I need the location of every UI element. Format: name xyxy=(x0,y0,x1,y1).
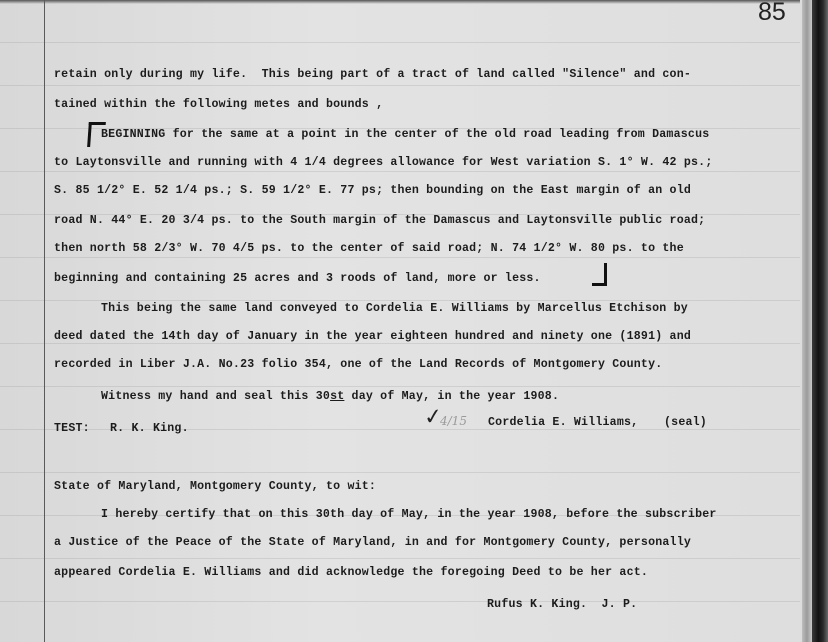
venue-line: State of Maryland, Montgomery County, to… xyxy=(54,480,376,493)
deed-text-line: tained within the following metes and bo… xyxy=(54,98,383,111)
acknowledgment-line: I hereby certify that on this 30th day o… xyxy=(101,508,717,521)
description-line: S. 85 1/2° E. 52 1/4 ps.; S. 59 1/2° E. … xyxy=(54,184,691,197)
witness-day: 30 xyxy=(316,390,330,403)
test-label: TEST: xyxy=(54,422,90,435)
witness-day-suffix: st xyxy=(330,390,344,403)
witness-rest: day of May, in the year 1908. xyxy=(344,390,559,403)
conveyance-line: recorded in Liber J.A. No.23 folio 354, … xyxy=(54,358,662,371)
description-line: beginning and containing 25 acres and 3 … xyxy=(54,272,541,285)
deed-text-line: retain only during my life. This being p… xyxy=(54,68,691,81)
witness-prefix: Witness my hand and seal this xyxy=(101,390,316,403)
conveyance-line: deed dated the 14th day of January in th… xyxy=(54,330,691,343)
book-spine-shadow xyxy=(812,0,828,642)
witness-line: Witness my hand and seal this 30st day o… xyxy=(101,390,559,403)
acknowledgment-line: a Justice of the Peace of the State of M… xyxy=(54,536,691,549)
pencil-annotation: 4/15 xyxy=(440,414,467,428)
acknowledgment-line: appeared Cordelia E. Williams and did ac… xyxy=(54,566,648,579)
justice-signature: Rufus K. King. J. P. xyxy=(487,598,637,611)
conveyance-line: This being the same land conveyed to Cor… xyxy=(101,302,688,315)
left-margin-rule xyxy=(44,0,45,642)
seal-label: (seal) xyxy=(664,416,707,429)
test-witness-name: R. K. King. xyxy=(110,422,189,435)
page-binding-edge xyxy=(802,0,812,642)
close-bracket-mark xyxy=(592,263,607,286)
description-line: road N. 44° E. 20 3/4 ps. to the South m… xyxy=(54,214,705,227)
description-line: BEGINNING for the same at a point in the… xyxy=(101,128,709,141)
description-line: to Laytonsville and running with 4 1/4 d… xyxy=(54,156,712,169)
description-line: then north 58 2/3° W. 70 4/5 ps. to the … xyxy=(54,242,684,255)
page-number: 85 xyxy=(758,0,786,27)
top-edge-shadow xyxy=(0,0,800,4)
grantor-signature: Cordelia E. Williams, xyxy=(488,416,638,429)
ledger-page: 85 retain only during my life. This bein… xyxy=(0,0,800,642)
